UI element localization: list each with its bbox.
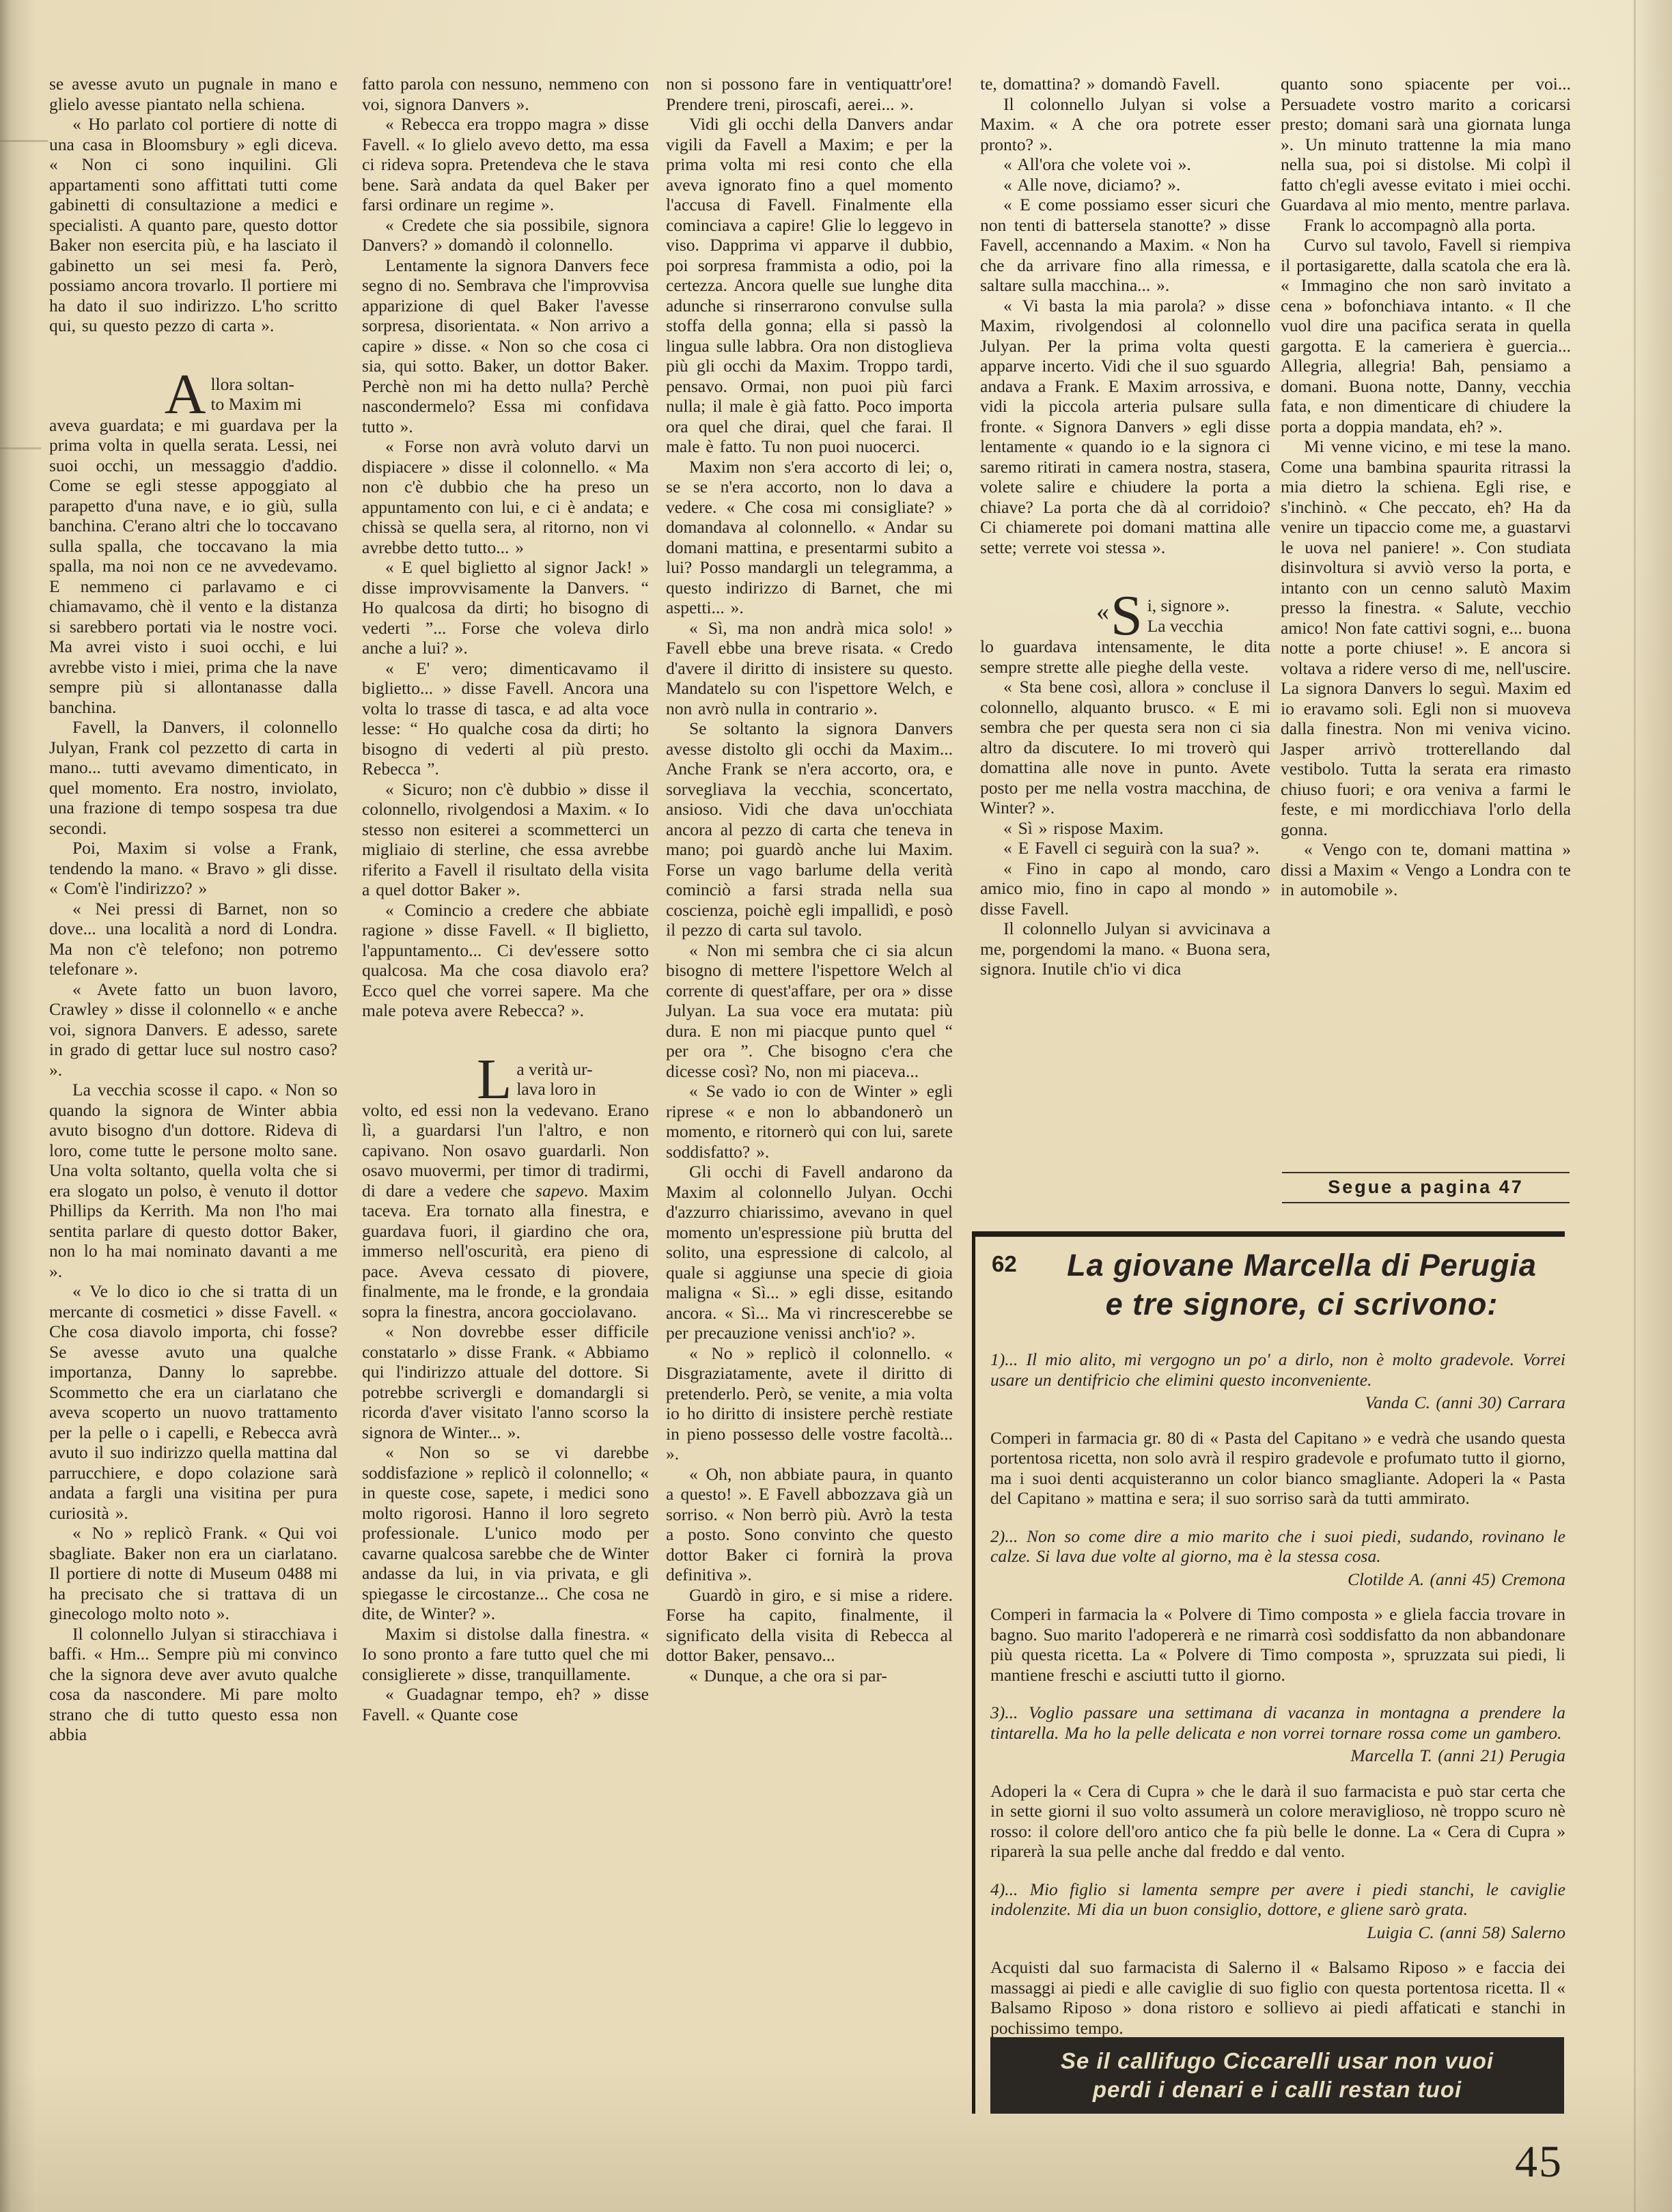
paragraph: « E' vero; dimenticavamo il biglietto...… [362,658,649,779]
letter-signature: Marcella T. (anni 21) Perugia [990,1746,1565,1766]
paragraph: « Nei pressi di Barnet, non so dove... u… [49,899,337,979]
paragraph: « Forse non avrà voluto darvi un dispiac… [362,436,649,557]
ad-title-line1: La giovane Marcella di Perugia [1067,1248,1537,1283]
paragraph: « Non so se vi darebbe soddisfazione » r… [362,1442,649,1624]
paragraph: Mi venne vicino, e mi tese la mano. Come… [1281,436,1571,839]
paragraph: Il colonnello Julyan si volse a Maxim. «… [980,94,1270,155]
slogan-box: Se il callifugo Ciccarelli usar non vuoi… [990,2037,1564,2114]
paragraph: « No » replicò Frank. « Qui voi sbagliat… [49,1523,337,1624]
page-number: 45 [1515,2136,1563,2188]
paragraph: Vidi gli occhi della Danvers andar vigil… [666,114,953,457]
paragraph: Frank lo accompagnò alla porta. [1281,215,1571,236]
letter-answer: Adoperi la « Cera di Cupra » che le darà… [990,1781,1565,1862]
paragraph: Il colonnello Julyan si stiracchiava i b… [49,1624,337,1745]
paragraph: « E come possiamo esser sicuri che non t… [980,195,1270,296]
paragraph: Favell, la Danvers, il colonnello Julyan… [49,717,337,838]
slogan-line1: Se il callifugo Ciccarelli usar non vuoi [990,2047,1564,2075]
paragraph: « Fino in capo al mondo, caro amico mio,… [980,858,1270,919]
paragraph: « Ve lo dico io che si tratta di un merc… [49,1281,337,1523]
paragraph: La vecchia scosse il capo. « Non so quan… [49,1080,337,1281]
letter-signature: Clotilde A. (anni 45) Cremona [990,1569,1565,1590]
paragraph: « Alle nove, diciamo? ». [980,175,1270,195]
letter-question: 1)... Il mio alito, mi vergogno un po' a… [990,1349,1565,1390]
paragraph: « Credete che sia possibile, signora Dan… [362,215,649,255]
letter-question: 4)... Mio figlio si lamenta sempre per a… [990,1879,1565,1920]
paragraph: fatto parola con nessuno, nemmeno con vo… [362,74,649,114]
paragraph: Maxim si distolse dalla finestra. « Io s… [362,1624,649,1685]
paragraph: « E quel biglietto al signor Jack! » dis… [362,557,649,658]
rule-bottom [1282,1202,1570,1203]
text-column-5: quanto sono spiacente per voi... Persuad… [1281,74,1571,1157]
paragraph: « Dunque, a che ora si par- [666,1666,953,1686]
paragraph: « Vi basta la mia parola? » disse Maxim,… [980,296,1270,558]
paragraph: « Avete fatto un buon lavoro, Crawley » … [49,979,337,1080]
magazine-page: se avesse avuto un pugnale in mano e gli… [0,0,1672,2212]
scan-streak [0,140,48,142]
paragraph: « Guadagnar tempo, eh? » disse Favell. «… [362,1684,649,1724]
paragraph: Gli occhi di Favell andarono da Maxim al… [666,1162,953,1343]
ad-top-rule [972,1231,1565,1237]
letter-answer: Comperi in farmacia gr. 80 di « Pasta de… [990,1428,1565,1509]
text-column-2: fatto parola con nessuno, nemmeno con vo… [362,74,649,2110]
paragraph: « Comincio a credere che abbiate ragione… [362,900,649,1021]
ad-letters: 1)... Il mio alito, mi vergogno un po' a… [990,1349,1565,2038]
letter-answer: Acquisti dal suo farmacista di Salerno i… [990,1957,1565,2038]
paragraph: « E Favell ci seguirà con la sua? ». [980,838,1270,858]
paragraph: « Vengo con te, domani mattina » dissi a… [1281,839,1571,900]
paragraph: Curvo sul tavolo, Favell si riempiva il … [1281,235,1571,436]
letter-answer: Comperi in farmacia la « Polvere di Timo… [990,1604,1565,1685]
paragraph: Guardò in giro, e si mise a ridere. Fors… [666,1585,953,1666]
text-column-3: non si possono fare in ventiquattr'ore! … [666,74,953,2110]
paragraph: Se soltanto la signora Danvers avesse di… [666,718,953,940]
dropcap-paragraph: Allora soltan-to Maxim miaveva guardata;… [49,374,337,718]
paragraph: quanto sono spiacente per voi... Persuad… [1281,74,1571,215]
paragraph: se avesse avuto un pugnale in mano e gli… [49,74,337,114]
slogan-line2: perdi i denari e i calli restan tuoi [990,2075,1564,2104]
paragraph: Poi, Maxim si volse a Frank, tendendo la… [49,838,337,899]
dropcap-letter: L [477,1059,512,1100]
continuation-note: Segue a pagina 47 [1281,1172,1571,1203]
paragraph: « Non dovrebbe esser difficile constatar… [362,1321,649,1442]
ad-number: 62 [992,1251,1017,1277]
paragraph: « No » replicò il colonnello. « Disgrazi… [666,1343,953,1464]
scan-streak [0,447,41,449]
paragraph: « Rebecca era troppo magra » disse Favel… [362,114,649,215]
paragraph: « Ho parlato col portiere di notte di un… [49,114,337,336]
paragraph: te, domattina? » domandò Favell. [980,74,1270,94]
paragraph: « Sicuro; non c'è dubbio » disse il colo… [362,779,649,900]
letter-question: 2)... Non so come dire a mio marito che … [990,1526,1565,1567]
ad-title: La giovane Marcella di Perugiae tre sign… [1038,1246,1565,1324]
paragraph: Lentamente la signora Danvers fece segno… [362,255,649,437]
paragraph: « Se vado io con de Winter » egli ripres… [666,1081,953,1162]
page-crease [1634,0,1636,2212]
letter-signature: Luigia C. (anni 58) Salerno [990,1922,1565,1943]
paragraph: « Sì » rispose Maxim. [980,818,1270,839]
paragraph: « Sì, ma non andrà mica solo! » Favell e… [666,618,953,719]
paragraph: « Oh, non abbiate paura, in quanto a que… [666,1464,953,1585]
text-column-4: te, domattina? » domandò Favell.Il colon… [980,74,1270,1199]
paragraph: « All'ora che volete voi ». [980,154,1270,175]
paragraph: « Sta bene così, allora » concluse il co… [980,677,1270,818]
continuation-label: Segue a pagina 47 [1281,1173,1571,1202]
paragraph: « Non mi sembra che ci sia alcun bisogno… [666,940,953,1082]
letter-signature: Vanda C. (anni 30) Carrara [990,1392,1565,1413]
dropcap-paragraph: La verità ur-lava loro involto, ed essi … [362,1059,649,1322]
dropcap-letter: A [165,374,206,415]
paragraph: Il colonnello Julyan si avvicinava a me,… [980,919,1270,979]
letter-question: 3)... Voglio passare una settimana di va… [990,1703,1565,1743]
dropcap-quote: « [1096,597,1109,627]
dropcap-letter: S [1111,596,1143,636]
paragraph: Maxim non s'era accorto di lei; o, se se… [666,457,953,618]
advertisement: 62 La giovane Marcella di Perugiae tre s… [990,1246,1565,2086]
dropcap-paragraph: «Si, signore ».La vecchialo guardava int… [980,596,1270,677]
ad-left-rule [972,1231,975,2114]
ad-title-line2: e tre signore, ci scrivono: [1106,1287,1499,1321]
text-column-1: se avesse avuto un pugnale in mano e gli… [49,74,337,2110]
paragraph: non si possono fare in ventiquattr'ore! … [666,74,953,114]
